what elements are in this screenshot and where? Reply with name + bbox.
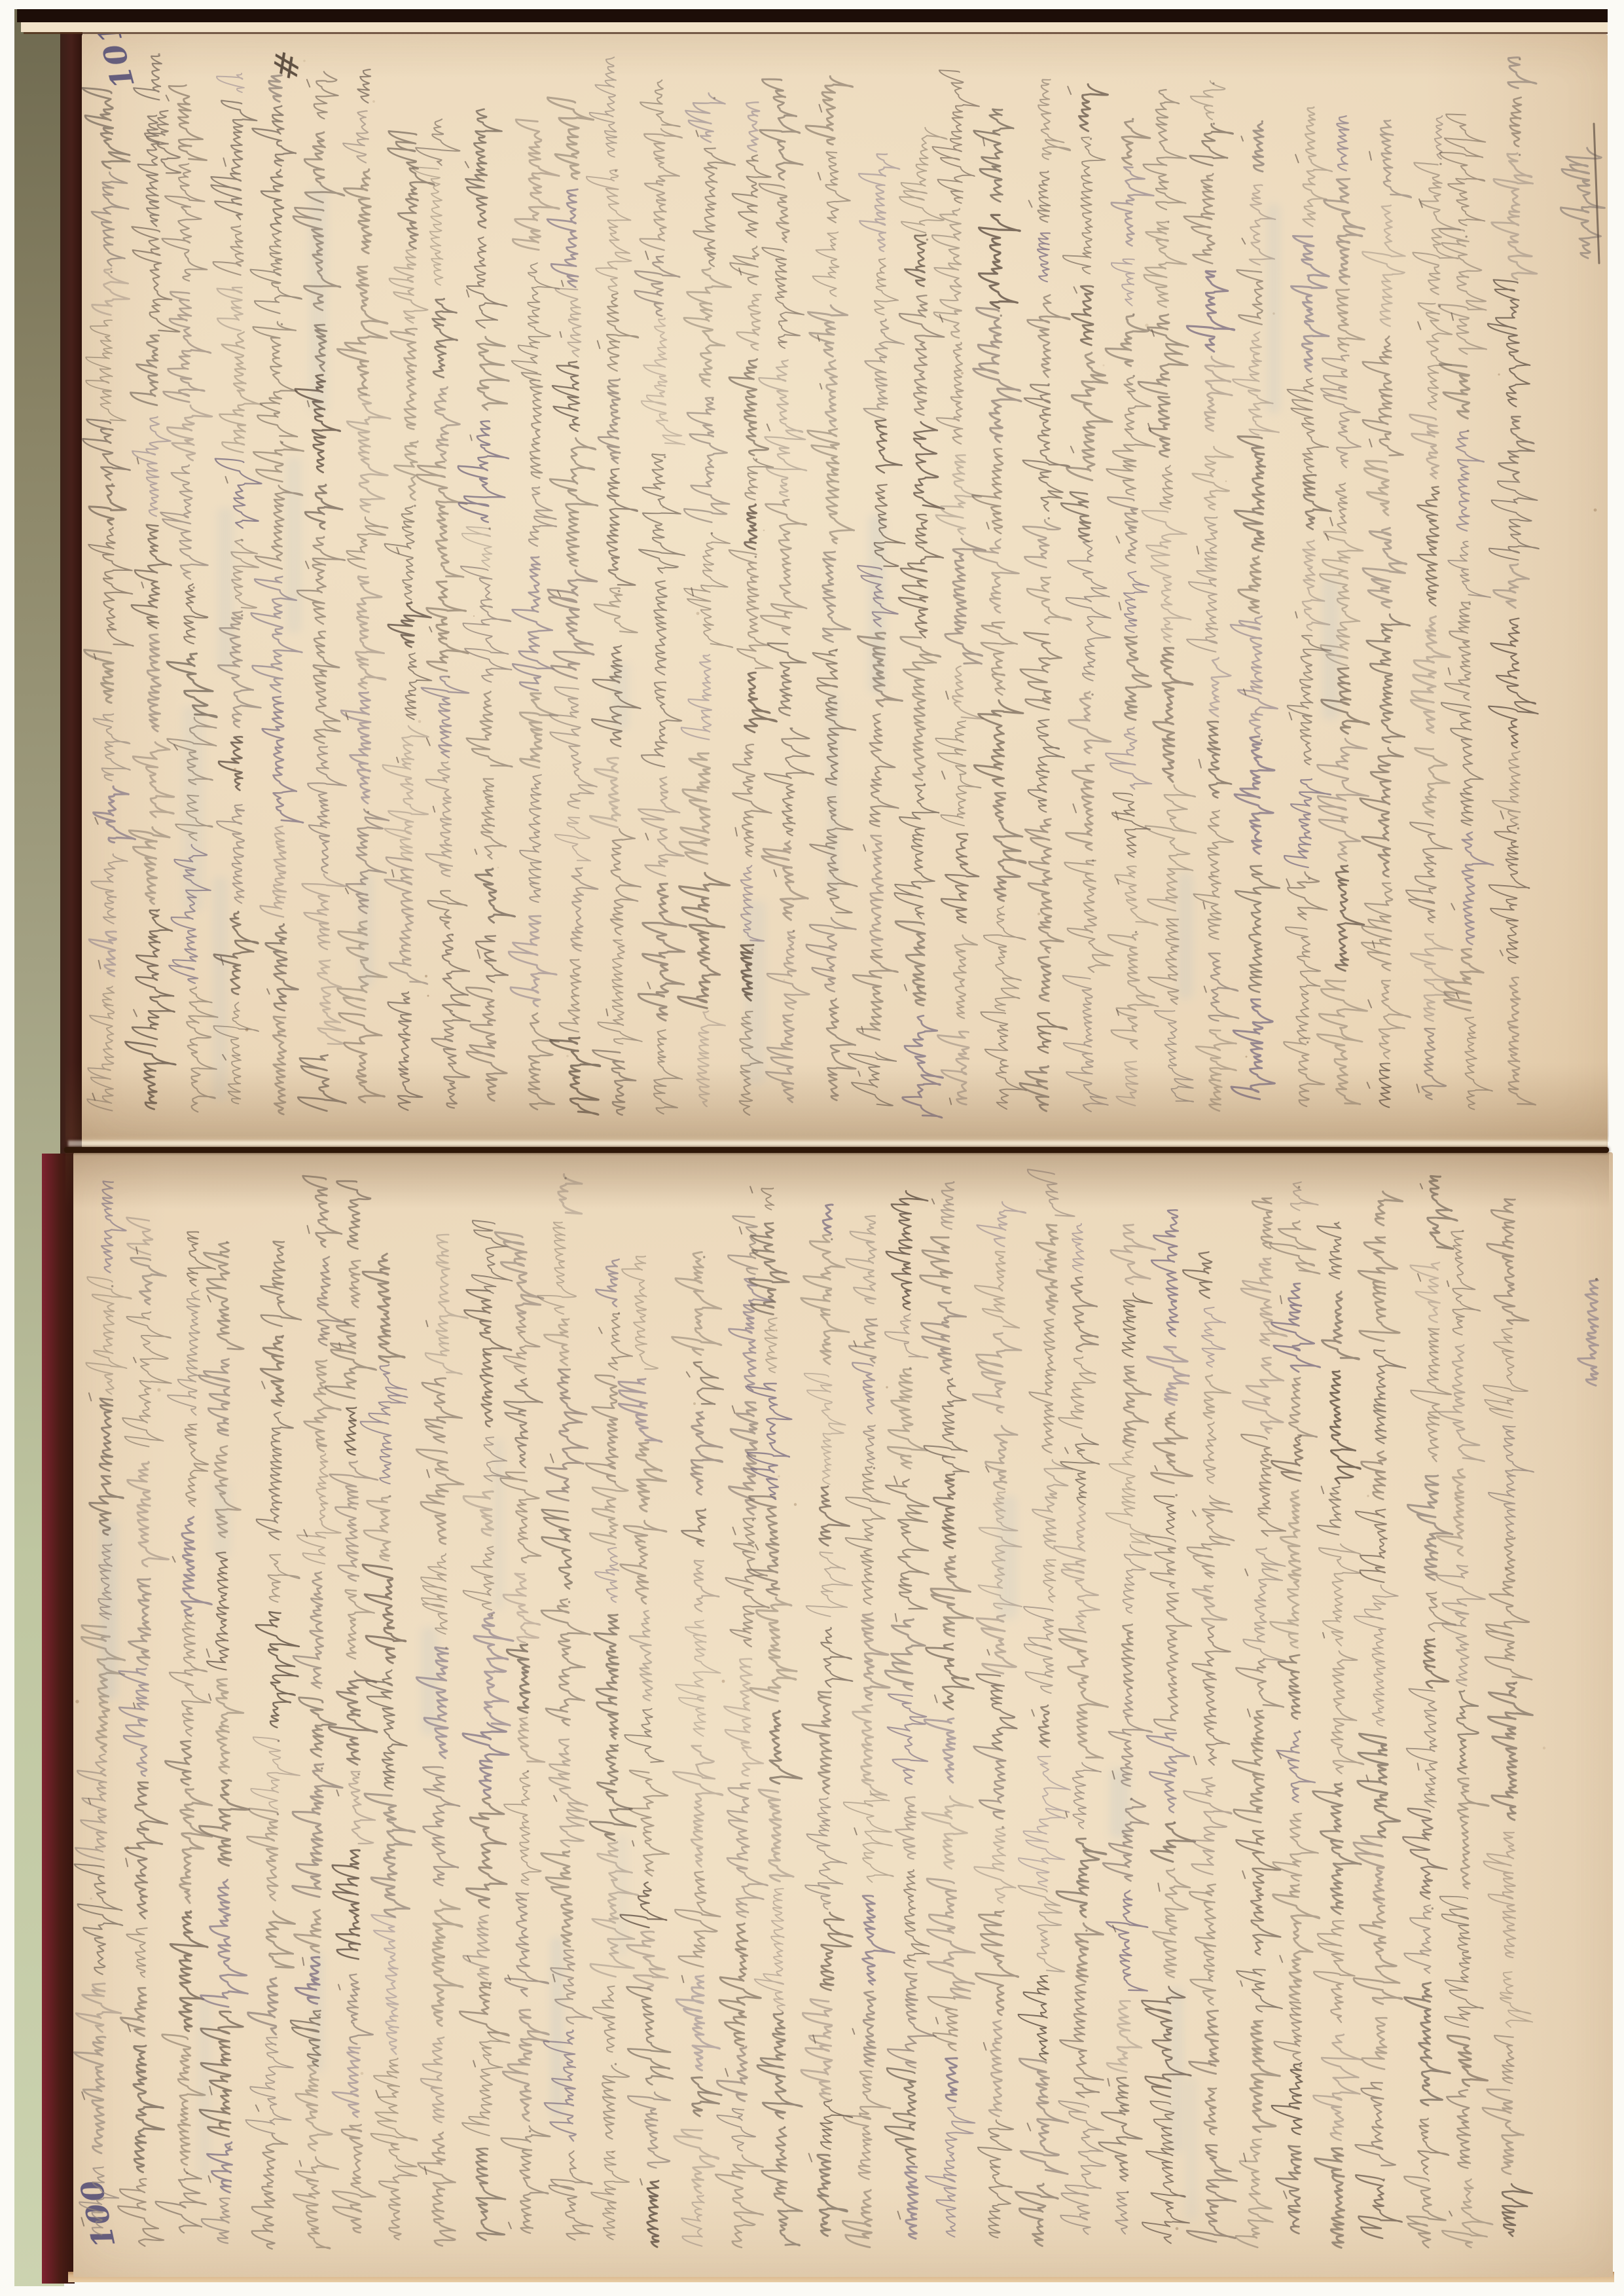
gutter-line: [64, 1147, 1609, 1153]
handwriting-page-100: [73, 1152, 1613, 2277]
page-101-content: 101 #: [82, 34, 1608, 1148]
page-101: 101 #: [82, 34, 1608, 1148]
scanned-book-spread: 101 # 100: [0, 0, 1624, 2296]
page-100: 100: [73, 1152, 1613, 2277]
handwriting-page-101: [82, 34, 1608, 1148]
book-cover-edge-top: [60, 9, 82, 1155]
book-cover-edge-bottom: [42, 1154, 75, 2284]
underlying-page-edge-top: [21, 22, 1608, 32]
book-top-edge-shadow: [17, 9, 1608, 22]
page-100-content: 100: [73, 1152, 1613, 2277]
